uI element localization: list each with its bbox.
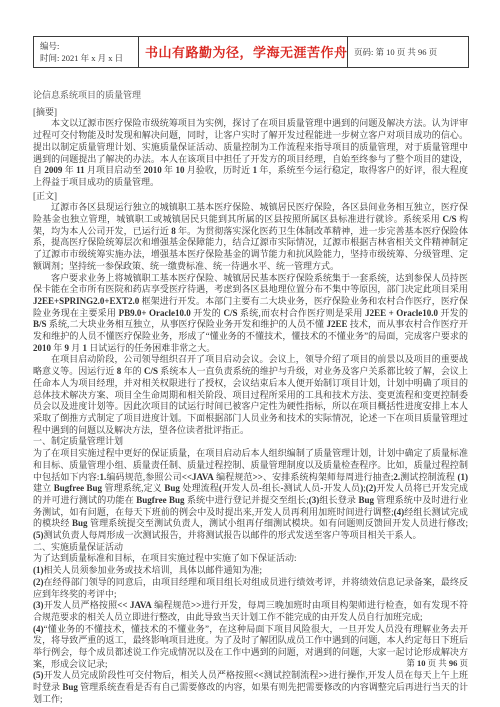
list-item: (4)“懂业务的不懂技术，懂技术的不懂业务”，在这种局面下项目风险很大，一旦开发… xyxy=(33,624,468,671)
document-page: 编号: 时间: 2021 年 x 月 x 日 书山有路勤为径，学海无涯苦作舟 页… xyxy=(0,0,500,707)
doc-number-label: 编号: xyxy=(40,40,132,52)
list-item: (1)相关人员须参加业务或技术培训，具体以邮件通知为准; xyxy=(33,565,468,577)
body-paragraph: 辽源市各区县现运行独立的城镇职工基本医疗保险、城镇居民医疗保险，各区县间业务相互… xyxy=(33,202,468,272)
section-heading-2: 二、实施质量保证活动 xyxy=(33,542,468,554)
motto-text: 书山有路勤为径，学海无涯苦作舟 xyxy=(145,45,348,60)
page-number-label: 页码: 第 10 页 共 96 页 xyxy=(354,47,437,57)
list-item: (3)开发人员严格按照<< JAVA 编程规范>>进行开发，每周三晚加班时由项目… xyxy=(33,600,468,623)
header-right-cell: 页码: 第 10 页 共 96 页 xyxy=(348,37,469,68)
header-left-cell: 编号: 时间: 2021 年 x 月 x 日 xyxy=(34,37,139,68)
header-middle-cell: 书山有路勤为径，学海无涯苦作舟 xyxy=(139,37,348,68)
abstract-paragraph: 本文以辽源市医疗保险市级统筹项目为实例，探讨了在项目质量管理中遇到的问题及解决方… xyxy=(33,118,468,188)
section-paragraph-1: 为了在项目实施过程中更好的保证质量，在项目启动后本人组织编制了质量管理计划，计划… xyxy=(33,448,468,542)
section-intro-2: 为了达到质量标准和目标，在项目实施过程中实施了如下保证活动: xyxy=(33,553,468,565)
page-footer: 第 10 页 共 96 页 xyxy=(406,657,468,669)
body-paragraph: 在项目启动阶段，公司领导组织召开了项目启动会议。会议上，领导介绍了项目的前景以及… xyxy=(33,354,468,436)
list-item: (5)开发人员完成阶段性可交付物后，相关人员严格按照<<测试控制流程>>进行操作… xyxy=(33,670,468,705)
doc-date-label: 时间: 2021 年 x 月 x 日 xyxy=(40,52,132,64)
page-title: 论信息系统项目的质量管理 xyxy=(33,90,468,102)
body-label: [正文] xyxy=(33,191,468,203)
section-heading-1: 一、制定质量管理计划 xyxy=(33,436,468,448)
abstract-label: [摘要] xyxy=(33,107,468,119)
body-paragraph: 客户要求业务上将城镇职工基本医疗保险、城镇居民基本医疗保险系统集于一套系统，达到… xyxy=(33,273,468,355)
document-body: 论信息系统项目的质量管理 [摘要] 本文以辽源市医疗保险市级统筹项目为实例，探讨… xyxy=(33,90,468,706)
header-table: 编号: 时间: 2021 年 x 月 x 日 书山有路勤为径，学海无涯苦作舟 页… xyxy=(33,36,469,68)
list-item: (2)在经得部门领导的同意后，由项目经理和项目组长对组成员进行绩效考评，并将绩效… xyxy=(33,577,468,600)
